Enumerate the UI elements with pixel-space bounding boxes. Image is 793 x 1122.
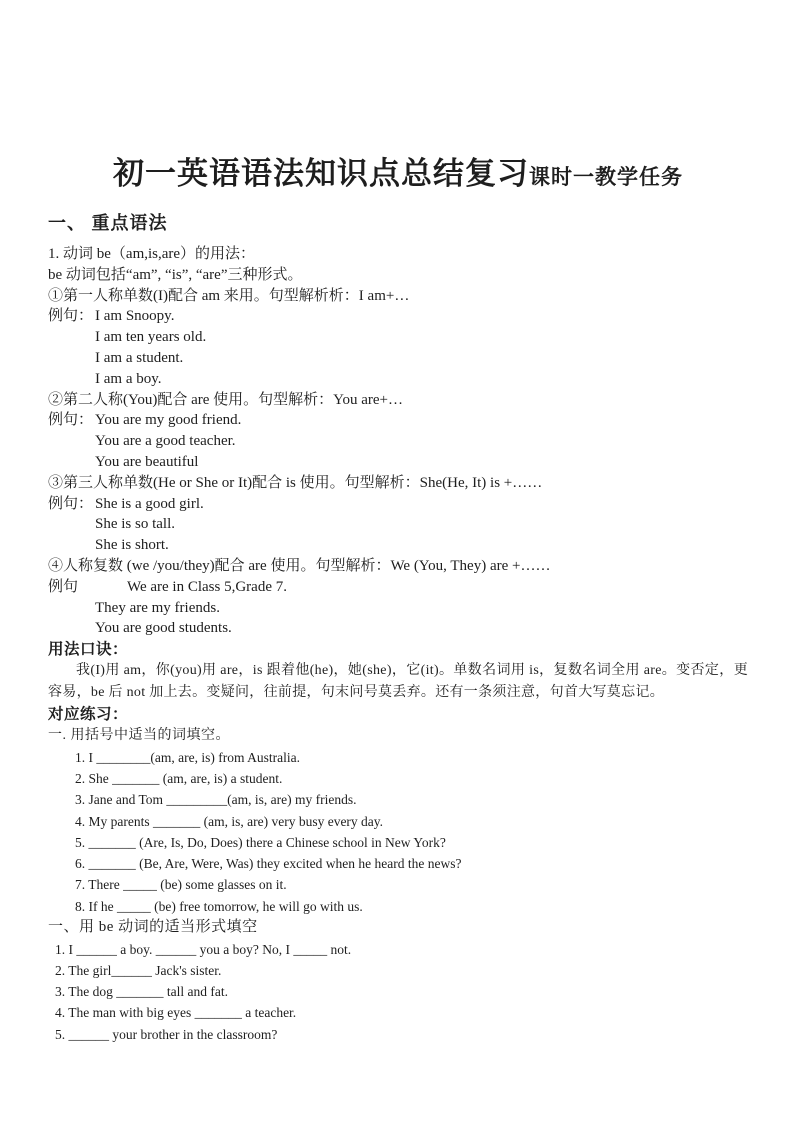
document-title: 初一英语语法知识点总结复习课时一教学任务 [48, 150, 748, 200]
example-line: 例句：You are my good friend. [48, 410, 748, 431]
example-sentence: She is so tall. [48, 514, 748, 535]
example-sentence: We are in Class 5,Grade 7. [127, 579, 287, 595]
document-page: 初一英语语法知识点总结复习课时一教学任务 一、 重点语法 1. 动词 be（am… [0, 0, 793, 1122]
rule-text: ②第二人称(You)配合 are 使用。句型解析：You are+… [48, 390, 748, 411]
grammar-rule-block-3: ③第三人称单数(He or She or It)配合 is 使用。句型解析：Sh… [48, 473, 748, 556]
example-sentence: They are my friends. [48, 598, 748, 619]
rule-text: ①第一人称单数(I)配合 am 来用。句型解析析：I am+… [48, 286, 748, 307]
rule-text: ③第三人称单数(He or She or It)配合 is 使用。句型解析：Sh… [48, 473, 748, 494]
practice2-heading: 一、用 be 动词的适当形式填空 [48, 917, 748, 939]
example-label: 例句： [48, 306, 95, 327]
practice1-item: 5. _______ (Are, Is, Do, Does) there a C… [75, 832, 748, 853]
example-line: 例句We are in Class 5,Grade 7. [48, 577, 748, 598]
rule-text: ④人称复数 (we /you/they)配合 are 使用。句型解析：We (Y… [48, 556, 748, 577]
practice1-heading: 一. 用括号中适当的词填空。 [48, 725, 748, 747]
heading-practice: 对应练习： [48, 704, 748, 725]
grammar-rule-block-1: ①第一人称单数(I)配合 am 来用。句型解析析：I am+… 例句：I am … [48, 286, 748, 390]
example-line: 例句：She is a good girl. [48, 494, 748, 515]
practice2-item: 5. ______ your brother in the classroom? [55, 1024, 748, 1045]
practice1-item: 8. If he _____ (be) free tomorrow, he wi… [75, 896, 748, 917]
example-sentence: I am a student. [48, 348, 748, 369]
practice1-item: 2. She _______ (am, are, is) a student. [75, 768, 748, 789]
example-sentence: You are a good teacher. [48, 431, 748, 452]
example-sentence: I am a boy. [48, 369, 748, 390]
example-sentence: You are good students. [48, 618, 748, 639]
example-label: 例句 [48, 577, 127, 598]
practice2-list: 1. I ______ a boy. ______ you a boy? No,… [48, 939, 748, 1045]
practice1-item: 7. There _____ (be) some glasses on it. [75, 874, 748, 895]
example-sentence: I am Snoopy. [95, 308, 174, 324]
example-label: 例句： [48, 410, 95, 431]
grammar-intro: be 动词包括“am”, “is”, “are”三种形式。 [48, 265, 748, 286]
practice1-item: 4. My parents _______ (am, is, are) very… [75, 811, 748, 832]
example-sentence: She is short. [48, 535, 748, 556]
mnemonic-paragraph: 我(I)用 am，你(you)用 are，is 跟着他(he)，她(she)，它… [48, 660, 748, 704]
practice1-item: 3. Jane and Tom _________(am, is, are) m… [75, 789, 748, 810]
section-heading-key-grammar: 一、 重点语法 [48, 210, 748, 236]
title-main: 初一英语语法知识点总结复习 [113, 156, 529, 191]
example-sentence: You are my good friend. [95, 412, 241, 428]
practice1-item: 1. I ________(am, are, is) from Australi… [75, 747, 748, 768]
example-sentence: You are beautiful [48, 452, 748, 473]
heading-mnemonic: 用法口诀： [48, 639, 748, 660]
practice2-item: 1. I ______ a boy. ______ you a boy? No,… [55, 939, 748, 960]
practice2-item: 3. The dog _______ tall and fat. [55, 981, 748, 1002]
grammar-point-1-title: 1. 动词 be（am,is,are）的用法： [48, 244, 748, 265]
practice1-list: 1. I ________(am, are, is) from Australi… [48, 747, 748, 917]
title-suffix: 课时一教学任务 [529, 165, 683, 189]
practice2-item: 4. The man with big eyes _______ a teach… [55, 1002, 748, 1023]
grammar-rule-block-4: ④人称复数 (we /you/they)配合 are 使用。句型解析：We (Y… [48, 556, 748, 639]
example-line: 例句：I am Snoopy. [48, 306, 748, 327]
practice2-item: 2. The girl______ Jack's sister. [55, 960, 748, 981]
practice1-item: 6. _______ (Be, Are, Were, Was) they exc… [75, 853, 748, 874]
grammar-rule-block-2: ②第二人称(You)配合 are 使用。句型解析：You are+… 例句：Yo… [48, 390, 748, 473]
example-sentence: I am ten years old. [48, 327, 748, 348]
example-sentence: She is a good girl. [95, 496, 204, 512]
example-label: 例句： [48, 494, 95, 515]
